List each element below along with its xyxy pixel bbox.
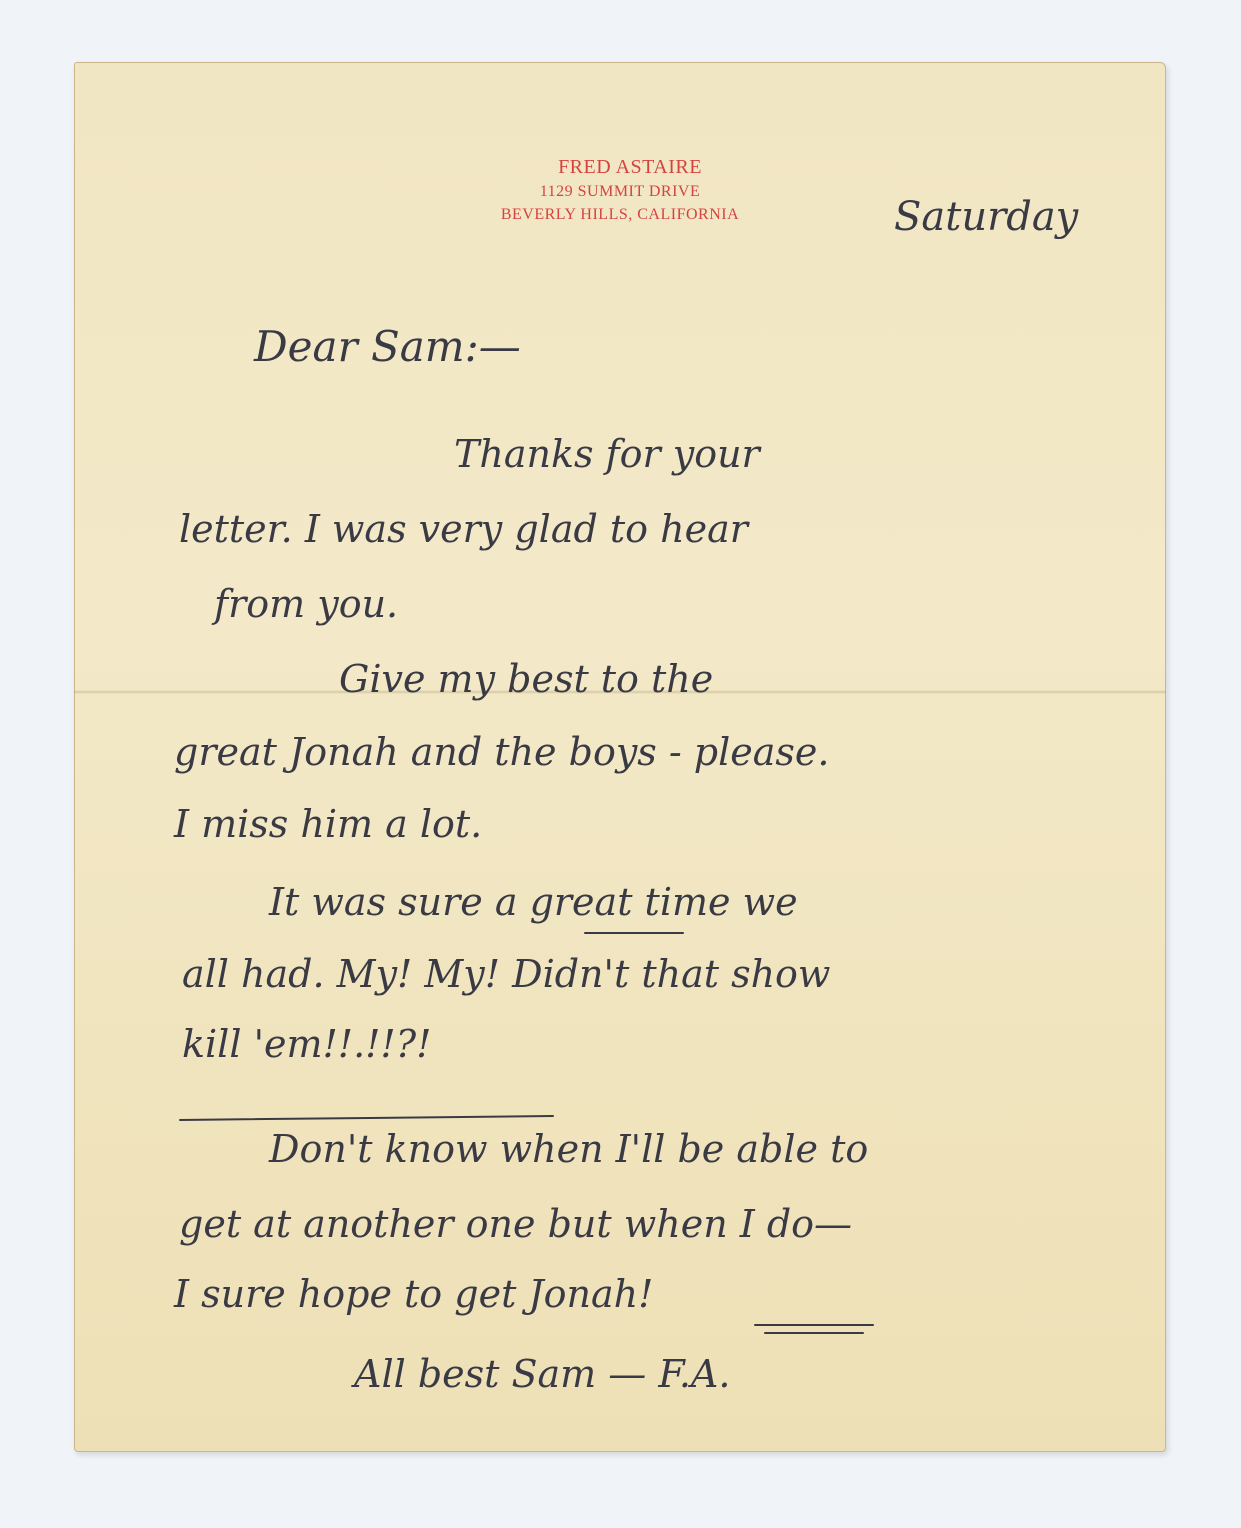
letter-line: I sure hope to get Jonah!	[174, 1272, 653, 1316]
letter-line: great Jonah and the boys - please.	[174, 730, 829, 774]
letter-line: Thanks for your	[454, 432, 760, 476]
underline-jonah-2	[764, 1332, 864, 1334]
letter-line: It was sure a great time we	[269, 880, 798, 924]
letter-line: all had. My! My! Didn't that show	[182, 952, 830, 996]
letter-line: kill 'em!!.!!?!	[182, 1022, 431, 1066]
letterhead-name: FRED ASTAIRE	[94, 154, 1166, 180]
letter-line: I miss him a lot.	[174, 802, 482, 846]
letter-signoff: All best Sam — F.A.	[354, 1352, 730, 1396]
letter-line: get at another one but when I do—	[179, 1202, 852, 1246]
underline-great	[584, 932, 684, 934]
letter-salutation: Dear Sam:—	[254, 322, 521, 371]
letter-line: letter. I was very glad to hear	[179, 507, 748, 551]
underline-jonah	[754, 1324, 874, 1326]
letter-line: from you.	[214, 582, 398, 626]
underline-kill-em	[179, 1115, 554, 1121]
letter-paper: FRED ASTAIRE 1129 SUMMIT DRIVE BEVERLY H…	[74, 62, 1166, 1452]
letter-line: Don't know when I'll be able to	[269, 1127, 868, 1171]
letter-date: Saturday	[894, 194, 1078, 240]
letter-line: Give my best to the	[339, 657, 713, 701]
